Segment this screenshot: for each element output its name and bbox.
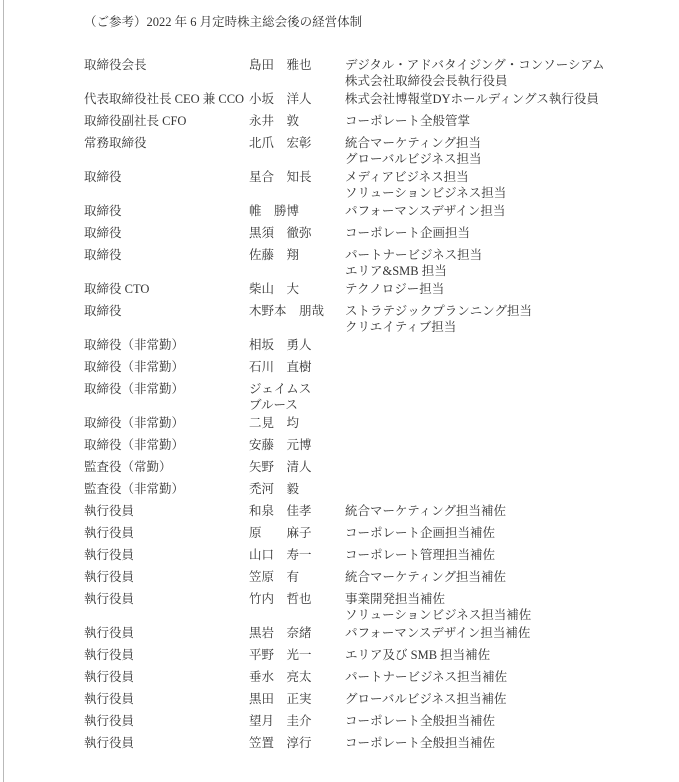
position-cell: 取締役 CTO	[84, 281, 249, 297]
duty-cell: コーポレート全般担当補佐	[345, 735, 659, 751]
name-cell: 山口 寿一	[249, 547, 345, 563]
roster-row: 執行役員望月 圭介コーポレート全般担当補佐	[84, 713, 659, 729]
position-cell: 取締役	[84, 303, 249, 319]
name-cell: 島田 雅也	[249, 57, 345, 73]
name-cell: 相坂 勇人	[249, 337, 345, 353]
roster-row: 取締役佐藤 翔パートナービジネス担当 エリア&SMB 担当	[84, 247, 659, 279]
duty-cell: パートナービジネス担当補佐	[345, 669, 659, 685]
name-cell: 佐藤 翔	[249, 247, 345, 263]
position-cell: 取締役会長	[84, 57, 249, 73]
roster-row: 執行役員平野 光一エリア及び SMB 担当補佐	[84, 647, 659, 663]
roster-row: 取締役（非常勤）ジェイムス ブルース	[84, 381, 659, 413]
position-cell: 執行役員	[84, 625, 249, 641]
roster-row: 取締役（非常勤）相坂 勇人	[84, 337, 659, 353]
duty-cell: コーポレート全般管掌	[345, 113, 659, 129]
name-cell: ジェイムス ブルース	[249, 381, 345, 413]
name-cell: 木野本 朋哉	[249, 303, 345, 319]
position-cell: 執行役員	[84, 735, 249, 751]
roster-row: 取締役黒須 徹弥コーポレート企画担当	[84, 225, 659, 241]
duty-cell: テクノロジー担当	[345, 281, 659, 297]
position-cell: 執行役員	[84, 547, 249, 563]
name-cell: 禿河 毅	[249, 481, 345, 497]
duty-cell: 株式会社博報堂DYホールディングス執行役員	[345, 91, 659, 107]
position-cell: 取締役（非常勤）	[84, 359, 249, 375]
position-cell: 執行役員	[84, 525, 249, 541]
name-cell: 竹内 哲也	[249, 591, 345, 607]
duty-cell: 統合マーケティング担当補佐	[345, 569, 659, 585]
name-cell: 北爪 宏彰	[249, 135, 345, 151]
position-cell: 執行役員	[84, 503, 249, 519]
position-cell: 常務取締役	[84, 135, 249, 151]
page-left-border	[3, 0, 4, 782]
roster-row: 執行役員垂水 亮太パートナービジネス担当補佐	[84, 669, 659, 685]
name-cell: 和泉 佳孝	[249, 503, 345, 519]
duty-cell: コーポレート企画担当補佐	[345, 525, 659, 541]
duty-cell: 統合マーケティング担当 グローバルビジネス担当	[345, 135, 659, 167]
name-cell: 柴山 大	[249, 281, 345, 297]
position-cell: 執行役員	[84, 691, 249, 707]
position-cell: 代表取締役社長 CEO 兼 CCO	[84, 91, 249, 107]
name-cell: 石川 直樹	[249, 359, 345, 375]
name-cell: 帷 勝博	[249, 203, 345, 219]
management-roster: 取締役会長島田 雅也デジタル・アドバタイジング・コンソーシアム 株式会社取締役会…	[84, 57, 659, 751]
position-cell: 監査役（常勤）	[84, 459, 249, 475]
name-cell: 永井 敦	[249, 113, 345, 129]
name-cell: 黒岩 奈緒	[249, 625, 345, 641]
roster-row: 取締役星合 知長メディアビジネス担当 ソリューションビジネス担当	[84, 169, 659, 201]
roster-row: 監査役（非常勤）禿河 毅	[84, 481, 659, 497]
roster-row: 取締役 CTO柴山 大テクノロジー担当	[84, 281, 659, 297]
roster-row: 執行役員和泉 佳孝統合マーケティング担当補佐	[84, 503, 659, 519]
position-cell: 取締役	[84, 169, 249, 185]
position-cell: 執行役員	[84, 713, 249, 729]
roster-row: 取締役木野本 朋哉ストラテジックプランニング担当 クリエイティブ担当	[84, 303, 659, 335]
name-cell: 矢野 清人	[249, 459, 345, 475]
roster-row: 監査役（常勤）矢野 清人	[84, 459, 659, 475]
roster-row: 執行役員黒岩 奈緒パフォーマンスデザイン担当補佐	[84, 625, 659, 641]
name-cell: 黒田 正実	[249, 691, 345, 707]
position-cell: 取締役（非常勤）	[84, 337, 249, 353]
roster-row: 執行役員黒田 正実グローバルビジネス担当補佐	[84, 691, 659, 707]
duty-cell: エリア及び SMB 担当補佐	[345, 647, 659, 663]
position-cell: 取締役副社長 CFO	[84, 113, 249, 129]
position-cell: 執行役員	[84, 591, 249, 607]
roster-row: 取締役（非常勤）二見 均	[84, 415, 659, 431]
name-cell: 星合 知長	[249, 169, 345, 185]
roster-row: 執行役員笠原 有統合マーケティング担当補佐	[84, 569, 659, 585]
roster-row: 代表取締役社長 CEO 兼 CCO小坂 洋人株式会社博報堂DYホールディングス執…	[84, 91, 659, 107]
name-cell: 望月 圭介	[249, 713, 345, 729]
roster-row: 取締役会長島田 雅也デジタル・アドバタイジング・コンソーシアム 株式会社取締役会…	[84, 57, 659, 89]
roster-row: 取締役（非常勤）安藤 元博	[84, 437, 659, 453]
duty-cell: コーポレート全般担当補佐	[345, 713, 659, 729]
duty-cell: パフォーマンスデザイン担当	[345, 203, 659, 219]
page-title: （ご参考）2022 年 6 月定時株主総会後の経営体制	[84, 14, 659, 30]
name-cell: 笠置 淳行	[249, 735, 345, 751]
name-cell: 安藤 元博	[249, 437, 345, 453]
duty-cell: 事業開発担当補佐 ソリューションビジネス担当補佐	[345, 591, 659, 623]
document-page: （ご参考）2022 年 6 月定時株主総会後の経営体制 取締役会長島田 雅也デジ…	[0, 0, 679, 751]
roster-row: 執行役員原 麻子コーポレート企画担当補佐	[84, 525, 659, 541]
roster-row: 取締役帷 勝博パフォーマンスデザイン担当	[84, 203, 659, 219]
duty-cell: 統合マーケティング担当補佐	[345, 503, 659, 519]
name-cell: 黒須 徹弥	[249, 225, 345, 241]
duty-cell: パフォーマンスデザイン担当補佐	[345, 625, 659, 641]
position-cell: 執行役員	[84, 647, 249, 663]
duty-cell: コーポレート管理担当補佐	[345, 547, 659, 563]
roster-row: 常務取締役北爪 宏彰統合マーケティング担当 グローバルビジネス担当	[84, 135, 659, 167]
position-cell: 取締役（非常勤）	[84, 437, 249, 453]
duty-cell: パートナービジネス担当 エリア&SMB 担当	[345, 247, 659, 279]
duty-cell: デジタル・アドバタイジング・コンソーシアム 株式会社取締役会長執行役員	[345, 57, 659, 89]
roster-row: 執行役員竹内 哲也事業開発担当補佐 ソリューションビジネス担当補佐	[84, 591, 659, 623]
roster-row: 執行役員笠置 淳行コーポレート全般担当補佐	[84, 735, 659, 751]
position-cell: 取締役（非常勤）	[84, 381, 249, 397]
name-cell: 原 麻子	[249, 525, 345, 541]
position-cell: 監査役（非常勤）	[84, 481, 249, 497]
duty-cell: メディアビジネス担当 ソリューションビジネス担当	[345, 169, 659, 201]
position-cell: 取締役	[84, 203, 249, 219]
roster-row: 執行役員山口 寿一コーポレート管理担当補佐	[84, 547, 659, 563]
position-cell: 取締役（非常勤）	[84, 415, 249, 431]
position-cell: 取締役	[84, 225, 249, 241]
name-cell: 垂水 亮太	[249, 669, 345, 685]
duty-cell: ストラテジックプランニング担当 クリエイティブ担当	[345, 303, 659, 335]
position-cell: 執行役員	[84, 669, 249, 685]
position-cell: 執行役員	[84, 569, 249, 585]
name-cell: 二見 均	[249, 415, 345, 431]
name-cell: 平野 光一	[249, 647, 345, 663]
duty-cell: コーポレート企画担当	[345, 225, 659, 241]
name-cell: 小坂 洋人	[249, 91, 345, 107]
roster-row: 取締役副社長 CFO永井 敦コーポレート全般管掌	[84, 113, 659, 129]
duty-cell: グローバルビジネス担当補佐	[345, 691, 659, 707]
position-cell: 取締役	[84, 247, 249, 263]
roster-row: 取締役（非常勤）石川 直樹	[84, 359, 659, 375]
name-cell: 笠原 有	[249, 569, 345, 585]
